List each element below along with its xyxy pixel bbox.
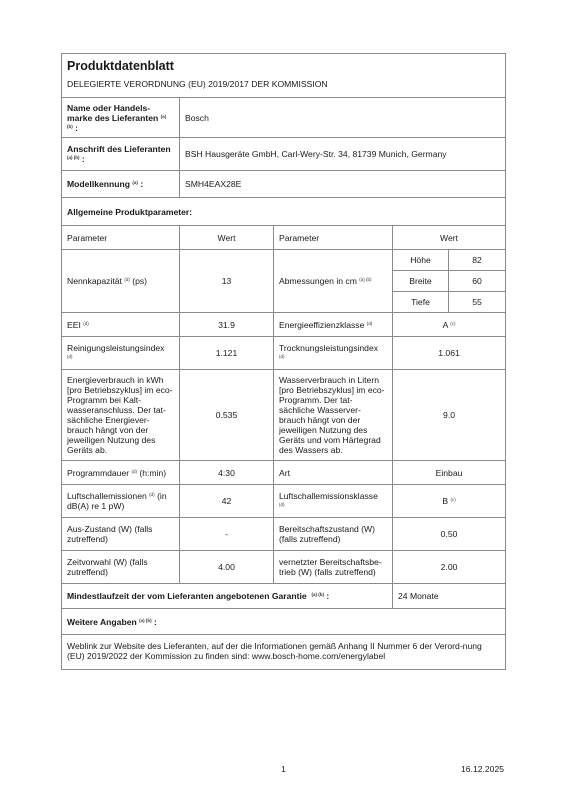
cleaning-index-label: Reinigungsleistungsindex(d) — [62, 337, 180, 370]
product-data-table: Produktdatenblatt DELEGIERTE VERORDNUNG … — [61, 53, 506, 670]
program-duration-label: Programmdauer (d) (h:min) — [62, 461, 180, 485]
document-title: Produktdatenblatt — [62, 54, 506, 76]
off-mode-label: Aus-Zustand (W) (falls zutreffend) — [62, 518, 180, 551]
drying-index-label: Trocknungsleistungsindex(d) — [274, 337, 393, 370]
type-label: Art — [274, 461, 393, 485]
column-header-value-2: Wert — [393, 226, 506, 250]
standby-label: Bereitschaftszustand (W) (falls zutreffe… — [274, 518, 393, 551]
product-data-sheet: Produktdatenblatt DELEGIERTE VERORDNUNG … — [61, 53, 505, 670]
warranty-value: 24 Monate — [393, 584, 506, 609]
capacity-label: Nennkapazität (d) (ps) — [62, 250, 180, 313]
dimension-depth-value: 55 — [449, 292, 506, 313]
delay-start-value: 4.00 — [180, 551, 274, 584]
program-duration-value: 4:30 — [180, 461, 274, 485]
off-mode-value: - — [180, 518, 274, 551]
capacity-value: 13 — [180, 250, 274, 313]
column-header-parameter-2: Parameter — [274, 226, 393, 250]
supplier-name-label: Name oder Handels-marke des Lieferanten … — [62, 98, 180, 138]
water-consumption-value: 9.0 — [393, 370, 506, 461]
networked-standby-value: 2.00 — [393, 551, 506, 584]
energy-consumption-value: 0.535 — [180, 370, 274, 461]
column-header-parameter: Parameter — [62, 226, 180, 250]
energy-class-label: Energieeffizienzklasse (d) — [274, 313, 393, 337]
type-value: Einbau — [393, 461, 506, 485]
supplier-address-value: BSH Hausgeräte GmbH, Carl-Wery-Str. 34, … — [180, 138, 506, 171]
eei-value: 31.9 — [180, 313, 274, 337]
warranty-label: Mindestlaufzeit der vom Lieferanten ange… — [62, 584, 393, 609]
noise-emission-label: Luftschallemissionen (d) (in dB(A) re 1 … — [62, 485, 180, 518]
dimensions-label: Abmessungen in cm (a) (b) — [274, 250, 393, 313]
noise-class-label: Luftschallemissionsklasse(d) — [274, 485, 393, 518]
additional-info-text: Weblink zur Website des Lieferanten, auf… — [62, 635, 506, 670]
dimension-height-value: 82 — [449, 250, 506, 271]
model-identifier-label: Modellkennung (a) : — [62, 171, 180, 198]
supplier-name-value: Bosch — [180, 98, 506, 138]
general-parameters-heading: Allgemeine Produktparameter: — [62, 198, 506, 226]
noise-emission-value: 42 — [180, 485, 274, 518]
supplier-address-label: Anschrift des Lieferanten(a) (b) : — [62, 138, 180, 171]
regulation-reference: DELEGIERTE VERORDNUNG (EU) 2019/2017 DER… — [62, 75, 506, 98]
delay-start-label: Zeitvorwahl (W) (falls zutreffend) — [62, 551, 180, 584]
model-identifier-value: SMH4EAX28E — [180, 171, 506, 198]
document-date: 16.12.2025 — [461, 764, 504, 774]
eei-label: EEI (d) — [62, 313, 180, 337]
drying-index-value: 1.061 — [393, 337, 506, 370]
dimension-width-value: 60 — [449, 271, 506, 292]
noise-class-value: B (c) — [393, 485, 506, 518]
additional-info-heading: Weitere Angaben (a) (b) : — [62, 609, 506, 635]
energy-consumption-label: Energieverbrauch in kWh [pro Betriebszyk… — [62, 370, 180, 461]
standby-value: 0.50 — [393, 518, 506, 551]
dimension-width-label: Breite — [393, 271, 449, 292]
networked-standby-label: vernetzter Bereitschaftsbe-trieb (W) (fa… — [274, 551, 393, 584]
column-header-value: Wert — [180, 226, 274, 250]
dimension-depth-label: Tiefe — [393, 292, 449, 313]
water-consumption-label: Wasserverbrauch in Litern [pro Betriebsz… — [274, 370, 393, 461]
page-number: 1 — [281, 764, 286, 774]
dimension-height-label: Höhe — [393, 250, 449, 271]
cleaning-index-value: 1.121 — [180, 337, 274, 370]
energy-class-value: A (c) — [393, 313, 506, 337]
